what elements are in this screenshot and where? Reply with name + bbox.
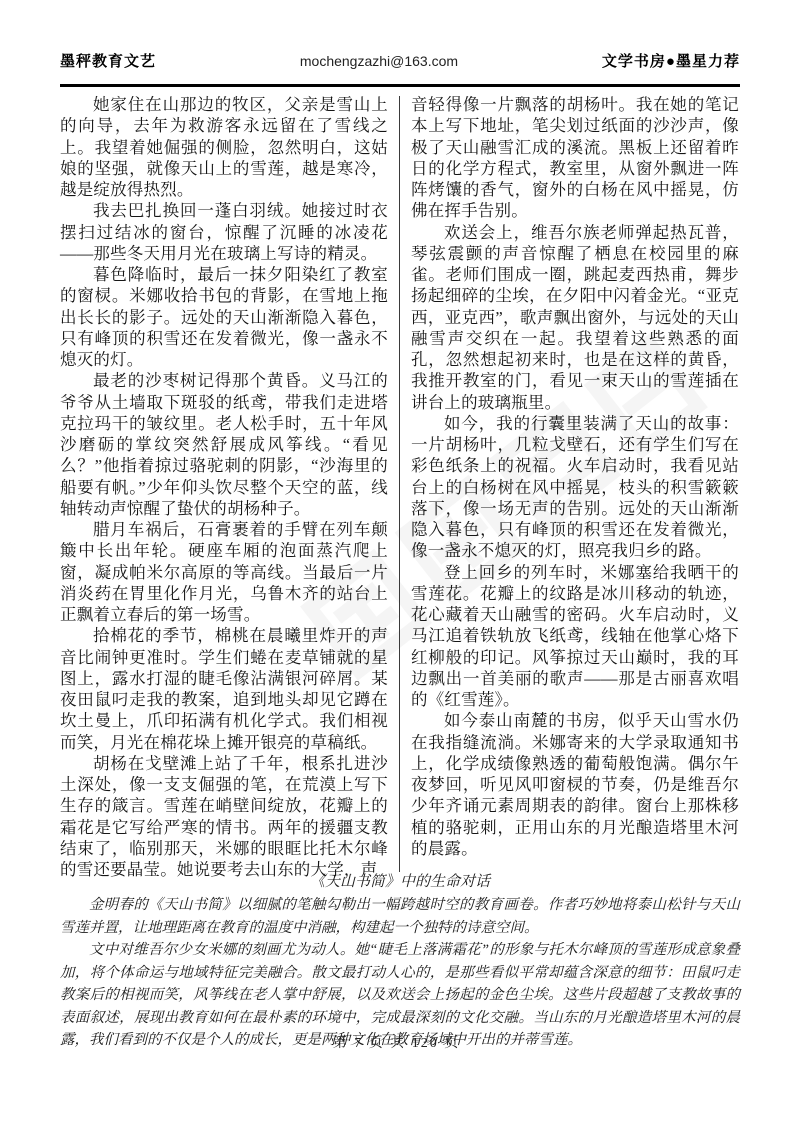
page-header: 墨秤教育文艺 mochengzazhi@163.com 文学书房●墨星力荐 xyxy=(60,50,740,71)
magazine-page: 墨秤教育文艺 mochengzazhi@163.com 文学书房●墨星力荐 她家… xyxy=(0,0,793,1122)
paragraph-continuation: 音轻得像一片飘落的胡杨叶。我在她的笔记本上写下地址，笔尖划过纸面的沙沙声，像极了… xyxy=(411,94,739,222)
review-paragraph: 金明春的《天山书简》以细腻的笔触勾勒出一幅跨越时空的教育画卷。作者巧妙地将泰山松… xyxy=(60,894,740,939)
section-label: 文学书房●墨星力荐 xyxy=(602,50,740,71)
paragraph: 如今泰山南麓的书房，似乎天山雪水仍在我指缝流淌。米娜寄来的大学录取通知书上，化学… xyxy=(411,710,739,859)
paragraph: 腊月车祸后，石膏裹着的手臂在列车颠簸中长出年轮。硬座车厢的泡面蒸汽爬上窗，凝成帕… xyxy=(60,519,388,625)
left-column: 她家住在山那边的牧区，父亲是雪山上的向导，去年为救游客永远留在了雪线之上。我望着… xyxy=(60,94,388,876)
paragraph: 她家住在山那边的牧区，父亲是雪山上的向导，去年为救游客永远留在了雪线之上。我望着… xyxy=(60,94,388,200)
contact-email: mochengzazhi@163.com xyxy=(300,53,458,69)
paragraph: 如今，我的行囊里装满了天山的故事：一片胡杨叶，几粒戈壁石，还有学生们写在彩色纸条… xyxy=(411,413,739,562)
review-title: 《天山书简》中的生命对话 xyxy=(60,872,740,892)
paragraph: 胡杨在戈壁滩上站了千年，根系扎进沙土深处，像一支支倔强的笔，在荒漠上写下生存的箴… xyxy=(60,753,388,881)
paragraph: 暮色降临时，最后一抹夕阳染红了教室的窗棂。米娜收拾书包的背影，在雪地上拖出长长的… xyxy=(60,264,388,370)
paragraph: 拾棉花的季节，棉桃在晨曦里炸开的声音比闹钟更准时。学生们蜷在麦草铺就的星图上，露… xyxy=(60,625,388,753)
journal-title: 墨秤教育文艺 xyxy=(60,50,156,71)
right-column: 音轻得像一片飘落的胡杨叶。我在她的笔记本上写下地址，笔尖划过纸面的沙沙声，像极了… xyxy=(411,94,739,876)
column-divider xyxy=(399,96,400,872)
paragraph: 最老的沙枣树记得那个黄昏。义马江的爷爷从土墙取下斑驳的纸鸢，带我们走进塔克拉玛干… xyxy=(60,370,388,519)
paragraph: 我去巴扎换回一蓬白羽绒。她接过时衣摆扫过结冰的窗台，惊醒了沉睡的冰凌花——那些冬… xyxy=(60,200,388,264)
article-body: 她家住在山那边的牧区，父亲是雪山上的向导，去年为救游客永远留在了雪线之上。我望着… xyxy=(60,94,740,876)
paragraph: 欢送会上，维吾尔族老师弹起热瓦普，琴弦震颤的声音惊醒了栖息在校园里的麻雀。老师们… xyxy=(411,222,739,413)
header-divider xyxy=(60,84,740,87)
paragraph: 登上回乡的列车时，米娜塞给我晒干的雪莲花。花瓣上的纹路是冰川移动的轨迹，花心藏着… xyxy=(411,562,739,711)
page-number: 第 7 页 共 120 页 xyxy=(0,1032,793,1052)
review-section: 《天山书简》中的生命对话 金明春的《天山书简》以细腻的笔触勾勒出一幅跨越时空的教… xyxy=(60,872,740,1052)
